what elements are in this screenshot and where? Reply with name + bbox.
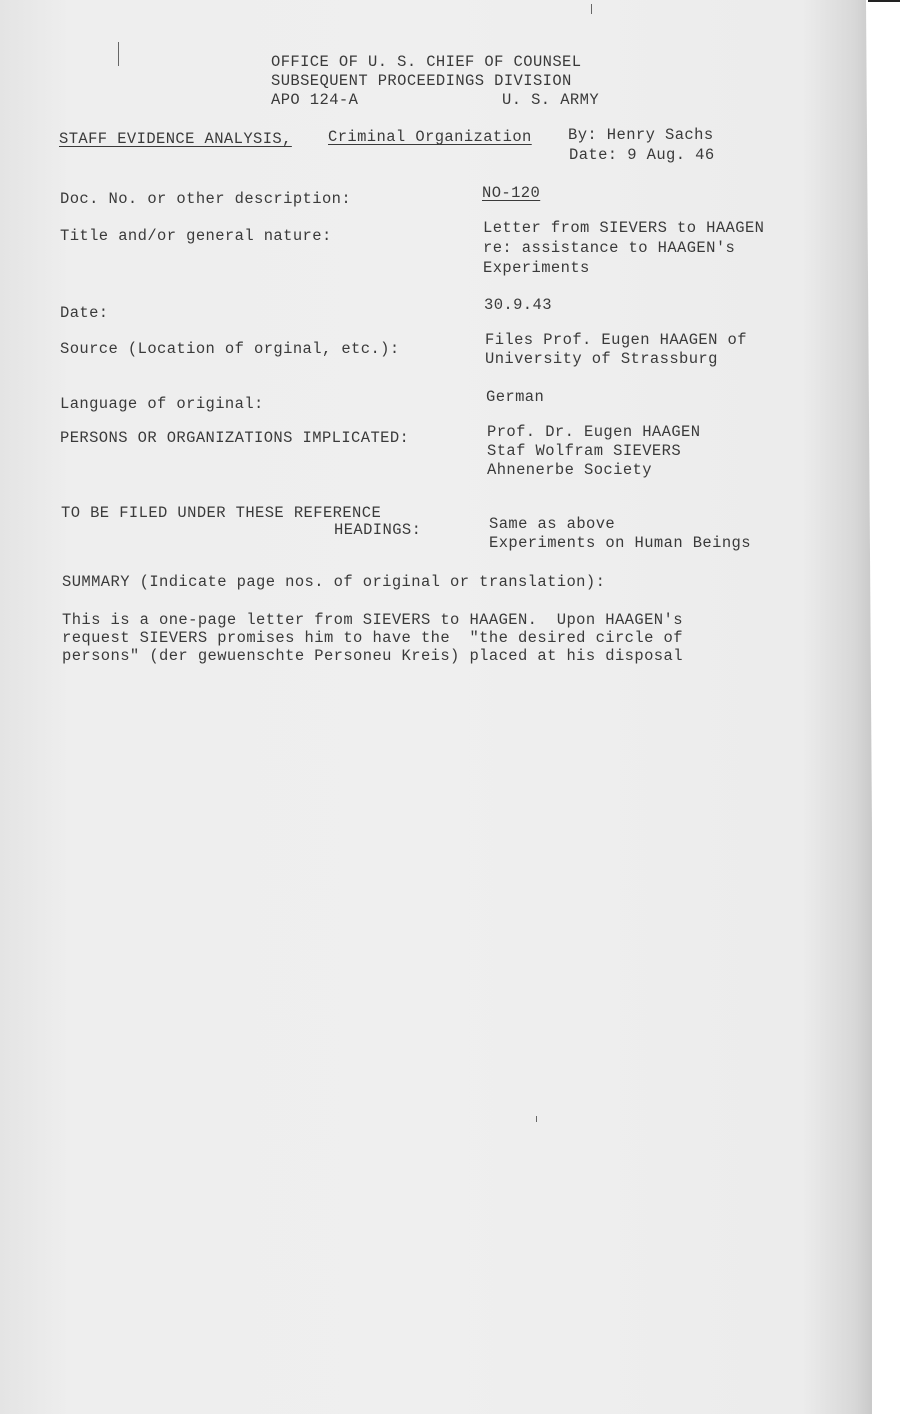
doc-no-value: NO-120: [482, 184, 540, 202]
summary-line: request SIEVERS promises him to have the…: [62, 629, 683, 647]
persons-line: Ahnenerbe Society: [487, 461, 652, 479]
header-army: U. S. ARMY: [502, 91, 599, 109]
persons-line: Staf Wolfram SIEVERS: [487, 442, 681, 460]
header-division: SUBSEQUENT PROCEEDINGS DIVISION: [271, 72, 572, 90]
header-office: OFFICE OF U. S. CHIEF OF COUNSEL: [271, 53, 581, 71]
summary-heading: SUMMARY (Indicate page nos. of original …: [62, 573, 605, 591]
summary-line: persons" (der gewuenschte Personeu Kreis…: [62, 647, 683, 665]
author: By: Henry Sachs: [568, 126, 714, 144]
title-nature-line: Letter from SIEVERS to HAAGEN: [483, 219, 764, 237]
date-value: 30.9.43: [484, 296, 552, 314]
document-subtitle: Criminal Organization: [328, 128, 532, 146]
title-nature-label: Title and/or general nature:: [60, 227, 332, 245]
header-apo: APO 124-A: [271, 91, 358, 109]
source-label: Source (Location of orginal, etc.):: [60, 340, 400, 358]
persons-label: PERSONS OR ORGANIZATIONS IMPLICATED:: [60, 429, 409, 447]
language-label: Language of original:: [60, 395, 264, 413]
title-nature-line: Experiments: [483, 259, 590, 277]
title-nature-line: re: assistance to HAAGEN's: [483, 239, 735, 257]
reference-label-headings: HEADINGS:: [334, 521, 421, 539]
document-title: STAFF EVIDENCE ANALYSIS,: [59, 130, 292, 148]
summary-line: This is a one-page letter from SIEVERS t…: [62, 611, 683, 629]
scan-mark: [591, 4, 592, 14]
page-edge-line: [868, 0, 900, 2]
source-line: University of Strassburg: [485, 350, 718, 368]
scan-mark: [118, 42, 119, 66]
source-line: Files Prof. Eugen HAAGEN of: [485, 331, 747, 349]
doc-no-label: Doc. No. or other description:: [60, 190, 351, 208]
reference-label: TO BE FILED UNDER THESE REFERENCE: [61, 504, 381, 522]
document-page: [0, 0, 872, 1414]
reference-line: Experiments on Human Beings: [489, 534, 751, 552]
reference-line: Same as above: [489, 515, 615, 533]
scan-mark: [536, 1116, 537, 1122]
analysis-date: Date: 9 Aug. 46: [569, 146, 715, 164]
persons-line: Prof. Dr. Eugen HAAGEN: [487, 423, 700, 441]
language-value: German: [486, 388, 544, 406]
date-label: Date:: [60, 304, 109, 322]
